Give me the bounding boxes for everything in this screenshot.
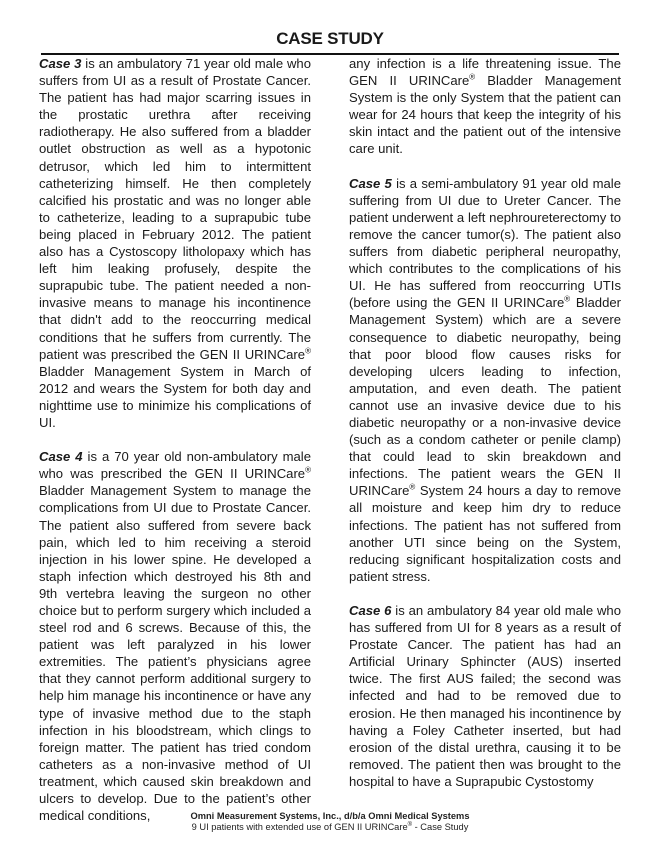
page-footer: Omni Measurement Systems, Inc., d/b/a Om… [0, 811, 660, 833]
case-4-paragraph: Case 4 is a 70 year old non-ambulatory m… [39, 448, 311, 824]
registered-mark: ® [305, 466, 311, 475]
case-5-text-2: Bladder Management System) which are a s… [349, 295, 621, 498]
case-6-paragraph: Case 6 is an ambulatory 84 year old male… [349, 602, 621, 790]
footer-subtitle-suffix: - Case Study [412, 822, 468, 832]
footer-subtitle: 9 UI patients with extended use of GEN I… [0, 822, 660, 833]
footer-subtitle-text: 9 UI patients with extended use of GEN I… [192, 822, 408, 832]
case-6-label: Case 6 [349, 603, 391, 618]
case-3-label: Case 3 [39, 56, 81, 71]
case-4-label: Case 4 [39, 449, 83, 464]
case-5-label: Case 5 [349, 176, 392, 191]
case-6-text-1: is an ambulatory 84 year old male who ha… [349, 603, 621, 789]
case-4-text-2: Bladder Management System to manage the … [39, 483, 311, 823]
case-5-text-3: System 24 hours a day to remove all mois… [349, 483, 621, 583]
case-3-paragraph: Case 3 is an ambulatory 71 year old male… [39, 55, 311, 431]
page-title: CASE STUDY [0, 29, 660, 49]
left-column: Case 3 is an ambulatory 71 year old male… [39, 55, 311, 841]
case-4-continuation: any infection is a life threatening issu… [349, 55, 621, 158]
right-column: any infection is a life threatening issu… [349, 55, 621, 807]
case-5-text-1: is a semi-ambulatory 91 year old male su… [349, 176, 621, 311]
registered-mark: ® [305, 346, 311, 355]
footer-company: Omni Measurement Systems, Inc., d/b/a Om… [0, 811, 660, 822]
case-3-text-2: Bladder Management System in March of 20… [39, 364, 311, 430]
case-5-paragraph: Case 5 is a semi-ambulatory 91 year old … [349, 175, 621, 585]
case-3-text-1: is an ambulatory 71 year old male who su… [39, 56, 311, 362]
